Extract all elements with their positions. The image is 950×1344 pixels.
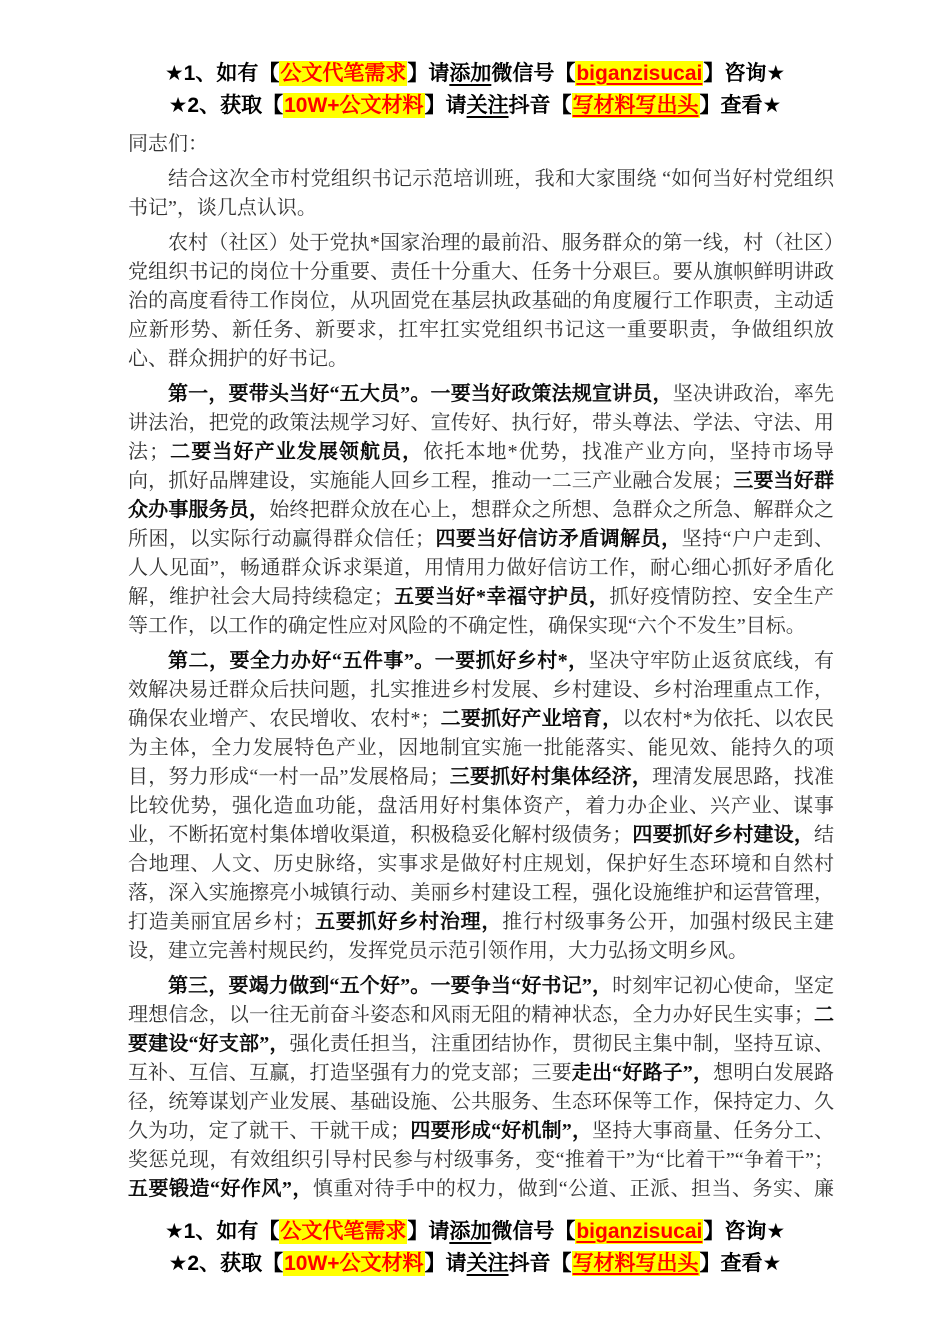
salutation: 同志们： (128, 130, 834, 159)
text-run: ★1、如有【 (165, 62, 280, 85)
text-run: 】请 (425, 1252, 467, 1275)
text-run: biganzisucai (575, 1219, 703, 1244)
text-run: 】查看★ (700, 94, 782, 117)
text-run: 10W+公文材料 (283, 1251, 424, 1276)
paragraph: 第一，要带头当好“五大员”。一要当好政策法规宣讲员，坚决讲政治，率先讲法治，把党… (128, 380, 834, 641)
promo-banner-line-1: ★1、如有【公文代笔需求】请添加微信号【biganzisucai】咨询★ (0, 58, 950, 90)
document-body: 同志们： 结合这次全市村党组织书记示范培训班，我和大家围绕 “如何当好村党组织书… (128, 130, 834, 1205)
text-run: 微信号【 (491, 1220, 575, 1243)
text-run: 四要形成“好机制”， (410, 1120, 592, 1142)
text-run: 写材料写出头 (572, 1251, 700, 1276)
text-run: 添加 (449, 1220, 491, 1243)
promo-banner-line-2: ★2、获取【10W+公文材料】请关注抖音【写材料写出头】查看★ (0, 90, 950, 122)
text-run: 第二，要全力办好“五件事”。一要抓好乡村*， (168, 650, 589, 672)
text-run: 第一，要带头当好“五大员”。一要当好政策法规宣讲员， (168, 383, 673, 405)
text-run: ★1、如有【 (165, 1220, 280, 1243)
text-run: 二要抓好产业培育， (440, 708, 622, 730)
text-run: 走出“好路子”， (572, 1062, 713, 1084)
text-run: 五要抓好乡村治理， (314, 911, 502, 933)
text-run: 三要抓好村集体经济， (450, 766, 653, 788)
paragraph: 结合这次全市村党组织书记示范培训班，我和大家围绕 “如何当好村党组织书记”，谈几… (128, 165, 834, 223)
text-run: 抖音【 (509, 94, 572, 117)
text-run: 关注 (467, 1252, 509, 1275)
text-run: ★2、获取【 (169, 94, 284, 117)
text-run: 第三，要竭力做到“五个好”。一要争当“好书记”， (168, 975, 612, 997)
text-run: 】请 (407, 62, 449, 85)
paragraphs-container: 结合这次全市村党组织书记示范培训班，我和大家围绕 “如何当好村党组织书记”，谈几… (128, 165, 834, 1205)
promo-banner-top: ★1、如有【公文代笔需求】请添加微信号【biganzisucai】咨询★ ★2、… (0, 58, 950, 122)
text-run: 五要锻造“好作风”， (128, 1178, 313, 1200)
text-run: 】咨询★ (703, 1220, 785, 1243)
text-run: 关注 (467, 94, 509, 117)
text-run: 10W+公文材料 (283, 93, 424, 118)
text-run: 结合这次全市村党组织书记示范培训班，我和大家围绕 “如何当好村党组织书记”，谈几… (128, 168, 834, 219)
text-run: 添加 (449, 62, 491, 85)
promo-banner-bottom: ★1、如有【公文代笔需求】请添加微信号【biganzisucai】咨询★ ★2、… (0, 1216, 950, 1280)
text-run: 农村（社区）处于党执*国家治理的最前沿、服务群众的第一线，村（社区）党组织书记的… (128, 232, 834, 370)
text-run: 五要当好*幸福守护员， (394, 586, 610, 608)
paragraph: 第二，要全力办好“五件事”。一要抓好乡村*，坚决守牢防止返贫底线，有效解决易迁群… (128, 647, 834, 966)
text-run: 】请 (407, 1220, 449, 1243)
text-run: 公文代笔需求 (279, 1219, 407, 1244)
promo-banner-line-1: ★1、如有【公文代笔需求】请添加微信号【biganzisucai】咨询★ (0, 1216, 950, 1248)
text-run: 写材料写出头 (572, 93, 700, 118)
promo-banner-line-2: ★2、获取【10W+公文材料】请关注抖音【写材料写出头】查看★ (0, 1248, 950, 1280)
text-run: 抖音【 (509, 1252, 572, 1275)
text-run: 微信号【 (491, 62, 575, 85)
text-run: 】查看★ (700, 1252, 782, 1275)
text-run: 二要当好产业发展领航员， (169, 441, 423, 463)
paragraph: 第三，要竭力做到“五个好”。一要争当“好书记”，时刻牢记初心使命，坚定理想信念，… (128, 972, 834, 1205)
word-document-page: ★1、如有【公文代笔需求】请添加微信号【biganzisucai】咨询★ ★2、… (0, 0, 950, 1344)
text-run: 】请 (425, 94, 467, 117)
text-run: 】咨询★ (703, 62, 785, 85)
text-run: 四要抓好乡村建设， (632, 824, 814, 846)
text-run: ★2、获取【 (169, 1252, 284, 1275)
text-run: 四要当好信访矛盾调解员， (435, 528, 682, 550)
text-run: 公文代笔需求 (279, 61, 407, 86)
paragraph: 农村（社区）处于党执*国家治理的最前沿、服务群众的第一线，村（社区）党组织书记的… (128, 229, 834, 374)
text-run: biganzisucai (575, 61, 703, 86)
